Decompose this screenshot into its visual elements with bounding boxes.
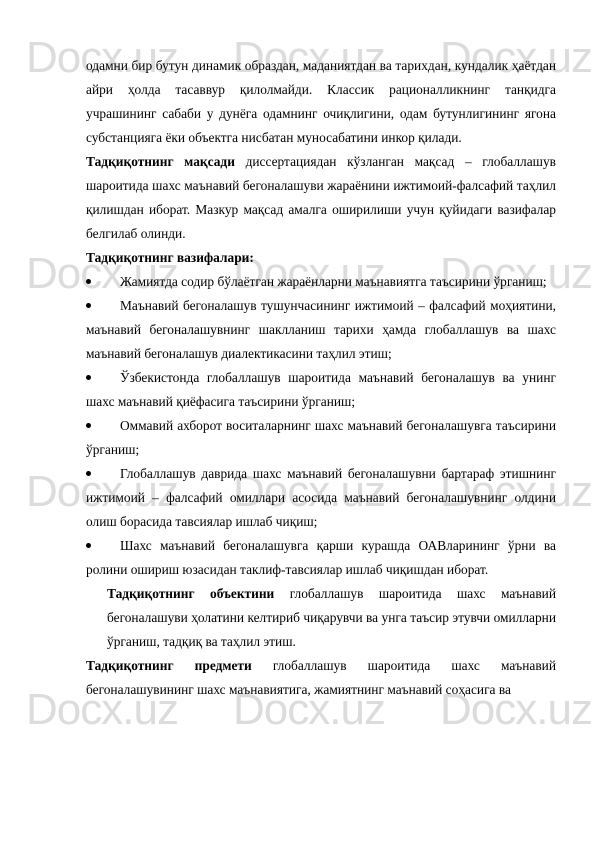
bullet-icon: [86, 423, 91, 428]
bullet-icon: [86, 375, 91, 380]
bullet-icon: [86, 279, 91, 284]
task-item: Жамиятда содир бўлаётган жараёнларни маъ…: [86, 270, 556, 294]
task-item: Оммавий ахборот воситаларнинг шахс маъна…: [86, 414, 556, 462]
object-paragraph: Тадқиқотнинг объектини глобаллашув шарои…: [107, 582, 556, 654]
task-text: Шахс маънавий бегоналашувга қарши курашд…: [86, 538, 556, 577]
subject-label: Тадқиқотнинг предмети: [86, 658, 252, 673]
bullet-icon: [86, 471, 91, 476]
document-page: одамни бир бутун динамик образдан, мадан…: [86, 54, 556, 702]
task-item: Маънавий бегоналашув тушунчасининг ижтим…: [86, 294, 556, 366]
task-text: Маънавий бегоналашув тушунчасининг ижтим…: [86, 298, 556, 361]
subject-paragraph: Тадқиқотнинг предмети глобаллашув шароит…: [86, 654, 556, 702]
tasks-heading: Тадқиқотнинг вазифалари:: [86, 246, 556, 270]
goal-label: Тадқиқотнинг мақсади: [86, 154, 235, 169]
bullet-icon: [86, 543, 91, 548]
task-text: Жамиятда содир бўлаётган жараёнларни маъ…: [120, 274, 547, 289]
intro-paragraph: одамни бир бутун динамик образдан, мадан…: [86, 54, 556, 150]
goal-paragraph: Тадқиқотнинг мақсади диссертациядан кўзл…: [86, 150, 556, 246]
bullet-icon: [86, 303, 91, 308]
task-item: Ўзбекистонда глобаллашув шароитида маъна…: [86, 366, 556, 414]
task-text: Ўзбекистонда глобаллашув шароитида маъна…: [86, 370, 556, 409]
task-text: Глобаллашув даврида шахс маънавий бегона…: [86, 466, 556, 529]
object-label: Тадқиқотнинг объектини: [107, 586, 274, 601]
task-item: Шахс маънавий бегоналашувга қарши курашд…: [86, 534, 556, 582]
task-text: Оммавий ахборот воситаларнинг шахс маъна…: [86, 418, 556, 457]
task-item: Глобаллашув даврида шахс маънавий бегона…: [86, 462, 556, 534]
